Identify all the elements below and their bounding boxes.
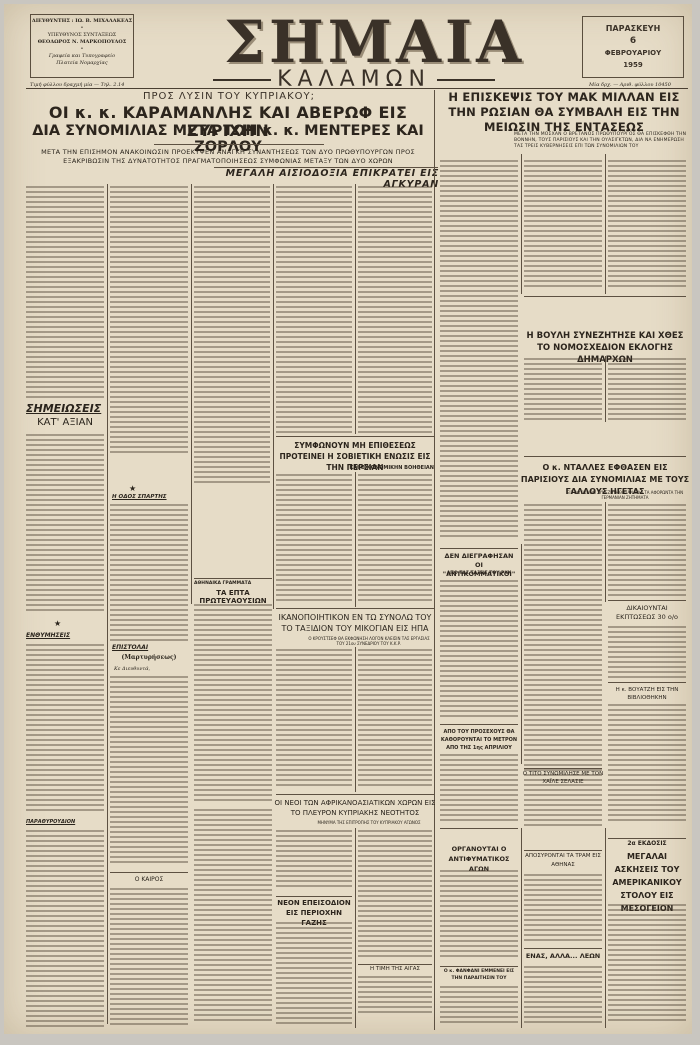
section-rule [440,548,518,549]
macmillan-body-2 [524,160,602,290]
weather-body [110,888,188,1028]
date-year: 1959 [583,59,683,71]
weather-title: Ο ΚΑΙΡΟΣ [110,876,188,883]
lead-subhead: ΜΕΤΑ ΤΗΝ ΕΠΙΣΗΜΟΝ ΑΝΑΚΟΙΝΩΣΙΝ ΠΡΟΕΚΥΨΕΝ … [18,148,438,166]
section-rule [524,296,686,297]
decorative-rule [213,79,271,81]
cont-body [194,809,272,1024]
divider-dot: • [31,25,133,32]
column-divider [605,502,606,602]
section-rule [358,964,432,965]
mayors-body-2 [608,358,686,420]
notes-title: ΚΑΤ' ΑΞΙΑΝ [26,417,104,428]
library-body [608,704,686,824]
headline-rule [154,144,324,145]
divider-dot: • [31,46,133,53]
library-headline: Η κ. ΒΟΥΑΤΖΗ ΕΙΣ ΤΗΝ ΒΙΒΛΙΟΘΗΚΗΝ [608,686,686,702]
section-rule [608,838,686,839]
afroasian-headline: ΟΙ ΝΕΟΙ ΤΩΝ ΑΦΡΙΚΑΝΟΑΣΙΑΤΙΚΩΝ ΧΩΡΩΝ ΕΙΣ … [274,798,436,818]
letters-title: ΕΠΙΣΤΟΛΑΙ [112,644,148,651]
athens-letters-body [194,604,272,804]
column-divider [521,828,522,1028]
section-rule [524,850,602,851]
notes-item-5-body [26,830,104,1030]
date-day: 6 [583,35,683,47]
column-divider [273,184,274,609]
editor-info-box: ΔΙΕΥΘΥΝΤΗΣ : ΙΩ. Β. ΜΙΧΑΛΑΚΕΑΣ • ΥΠΕΥΘΥΝ… [30,14,134,78]
lion-headline: ΕΝΑΣ, ΑΛΛΑ... ΛΕΩΝ [524,952,602,960]
column-divider [107,184,108,1024]
athens-letters-title: ΤΑ ΕΠΤΑ ΠΡΩΤΕΥΑΟΥΣΙΩΝ [194,589,272,605]
notes-header: ΣΗΜΕΙΩΣΕΙΣ [26,402,101,415]
column-divider [355,828,356,1028]
column-divider [605,154,606,294]
section-rule [608,682,686,683]
date-month: ΦΕΒΡΟΥΑΡΙΟΥ [583,47,683,59]
section-rule [276,896,352,897]
trams-headline: ΑΠΟΣΥΡΟΝΤΑΙ ΤΑ ΤΡΑΜ ΕΙΣ ΑΘΗΝΑΣ [524,852,602,870]
notes-item-5-title: ΠΑΡΑΘΥΡΟΥΔΙΟΝ [26,819,75,825]
section-rule [524,456,686,457]
section-rule [276,436,434,437]
mikoyan-deck: Ο ΚΡΟΥΣΤΣΕΦ ΘΑ ΕΚΦΩΝΗΣΗ ΛΟΓΟΝ ΚΛΕΙΣΙΝ ΤΑ… [304,636,434,646]
section-rule [440,966,518,967]
letters-subtitle: (Μαρτυρήσεως) [110,654,188,661]
discounts-body [608,626,686,678]
dulles-body-2 [608,504,686,596]
afroasian-body-2 [358,830,432,960]
lead-kicker: ΠΡΟΣ ΛΥΣΙΝ ΤΟΥ ΚΥΠΡΙΑΚΟΥ; [24,91,434,102]
fleet-edition: 2α ΕΚΔΟΣΙΣ [608,840,686,847]
notes-item-2-title: Η ΟΔΟΣ ΣΠΑΡΤΗΣ [112,494,167,500]
lead-body-col-1 [26,186,104,398]
column-divider [521,544,522,764]
date-weekday: ΠΑΡΑΣΚΕΥΗ [583,23,683,35]
lead-body-col-4 [276,186,352,436]
macmillan-headline: Η ΕΠΙΣΚΕΨΙΣ ΤΟΥ ΜΑΚ ΜΙΛΛΑΝ ΕΙΣ ΤΗΝ ΡΩΣΙΑ… [438,90,690,135]
persia-body-1 [276,474,352,604]
notes-item-4-body [26,644,104,814]
persia-body-2 [358,474,432,604]
lion-body [524,966,602,1026]
lead-body-col-5 [358,186,432,436]
fanfani-headline: Ο κ. ΦΑΝΦΑΝΙ ΕΜΜΕΝΕΙ ΕΙΣ ΤΗΝ ΠΑΡΑΙΤΗΣΙΝ … [440,968,518,982]
section-rule [608,600,686,601]
column-divider [434,90,435,1030]
editor-line-4: Γραφεία και Τυπογραφείο [31,53,133,60]
column-divider [355,647,356,792]
section-rule [524,948,602,949]
editor-line-3: ΘΕΟΔΩΡΟΣ Ν. ΜΑΡΚΟΠΟΥΛΟΣ [31,39,133,46]
section-rule [276,608,434,609]
afroasian-body-1 [276,830,352,890]
mayors-body-1 [524,358,602,420]
column-divider [191,184,192,604]
editor-line-1: ΔΙΕΥΘΥΝΤΗΣ : ΙΩ. Β. ΜΙΧΑΛΑΚΕΑΣ [31,18,133,25]
anticommunists-headline-3: ΑΠΟ ΤΑΣ ΤΑΞΕΙΣ ΤΟΥ ΡΚΚ [440,570,518,577]
column-divider [355,472,356,607]
letters-salutation: Κε Διευθυντά, [114,666,150,672]
fanfani-body [440,986,518,1026]
editor-line-2: ΥΠΕΥΘΥΝΟΣ ΣΥΝΤΑΞΕΩΣ [31,32,133,39]
tb-body [440,870,518,960]
masthead-rule [26,88,688,89]
letters-body [110,676,188,866]
column-divider [355,184,356,434]
column-divider [605,828,606,1028]
gaza-body [276,922,352,1027]
persia-deck: ΚΑΙ ΟΙΚΟΝΟΜΙΚΗΝ ΒΟΗΘΕΙΑΝ [276,465,434,471]
lead-body-col-2 [110,186,188,456]
column-divider [521,154,522,294]
tito-headline: Ο ΤΙΤΟ ΣΥΝΩΜΙΛΗΣΕ ΜΕ ΤΟΝ ΧΑΪΛΕ ΣΕΛΑΣΙΕ [522,770,604,786]
dulles-deck: ΕΙΣ ΛΟΥΔΙΝΟΝ ΣΥΝΕΖΗΤΗΘΗΣΑΝ ΟΛΑ ΤΑ ΑΦΟΡΩΝ… [564,490,686,500]
mikoyan-body-2 [358,649,432,789]
decorative-rule [437,79,495,81]
section-rule [440,828,518,829]
bread-headline: Η ΤΙΜΗ ΤΗΣ ΑΙΓΑΣ [358,966,432,972]
notes-body [26,434,104,614]
mikoyan-body-1 [276,649,352,789]
star-divider: ★ [129,484,136,493]
trams-body [524,874,602,944]
newspaper-page: ΔΙΕΥΘΥΝΤΗΣ : ΙΩ. Β. ΜΙΧΑΛΑΚΕΑΣ • ΥΠΕΥΘΥΝ… [4,4,692,1034]
section-rule [524,768,602,769]
section-rule [276,794,434,795]
macmillan-body-3 [608,160,686,290]
section-rule [194,578,272,579]
fleet-body [608,904,686,1024]
athens-letters-label: ΑΘΗΝΑΙΚΑ ΓΡΑΜΜΑΤΑ [194,581,251,586]
afroasian-deck: ΜΗΝΥΜΑ ΤΗΣ ΕΠΙΤΡΟΠΗΣ ΤΟΥ ΚΥΠΡΙΑΚΟΥ ΑΓΩΝΟ… [304,820,434,825]
meter-body [440,754,518,824]
macmillan-deck: ΜΕΤΑ ΤΗΝ ΜΟΣΧΑΝ Ο ΒΡΕΤΑΝΟΣ ΠΡΩΘΥΠΟΥΡΓΟΣ … [514,132,688,150]
date-box: ΠΑΡΑΣΚΕΥΗ 6 ΦΕΒΡΟΥΑΡΙΟΥ 1959 [582,16,684,78]
column-divider [605,356,606,422]
editor-line-5: Πλατεία Νομαρχίας [31,60,133,67]
lead-body-col-3 [194,186,270,486]
anticommunists-headline-1: ΔΕΝ ΔΙΕΓΡΑΦΗΣΑΝ [440,552,518,561]
meter-headline: ΑΠΟ ΤΟΥ ΠΡΟΣΕΧΟΥΣ ΘΑ ΚΑΘΟΡΟΥΝΤΑΙ ΤΟ ΜΕΤΡ… [440,728,518,752]
discounts-headline: ΔΙΚΑΙΟΥΝΤΑΙ ΕΚΠΤΩΣΕΩΣ 30 ο/ο [608,604,686,622]
notes-item-4-title: ΕΝΘΥΜΗΣΕΙΣ [26,632,70,639]
newspaper-title: ΣΗΜΑΙΑ [224,12,494,72]
notes-item-2-body [110,504,188,644]
section-rule [110,872,188,873]
macmillan-body-1 [440,160,518,540]
bread-body [358,976,432,1016]
mikoyan-headline: ΙΚΑΝΟΠΟΙΗΤΙΚΟΝ ΕΝ ΤΩ ΣΥΝΟΛΩ ΤΟΥ ΤΟ ΤΑΞΙΔ… [274,612,436,634]
anticommunists-body [440,580,518,720]
star-divider: ★ [54,619,61,628]
section-rule [440,724,518,725]
